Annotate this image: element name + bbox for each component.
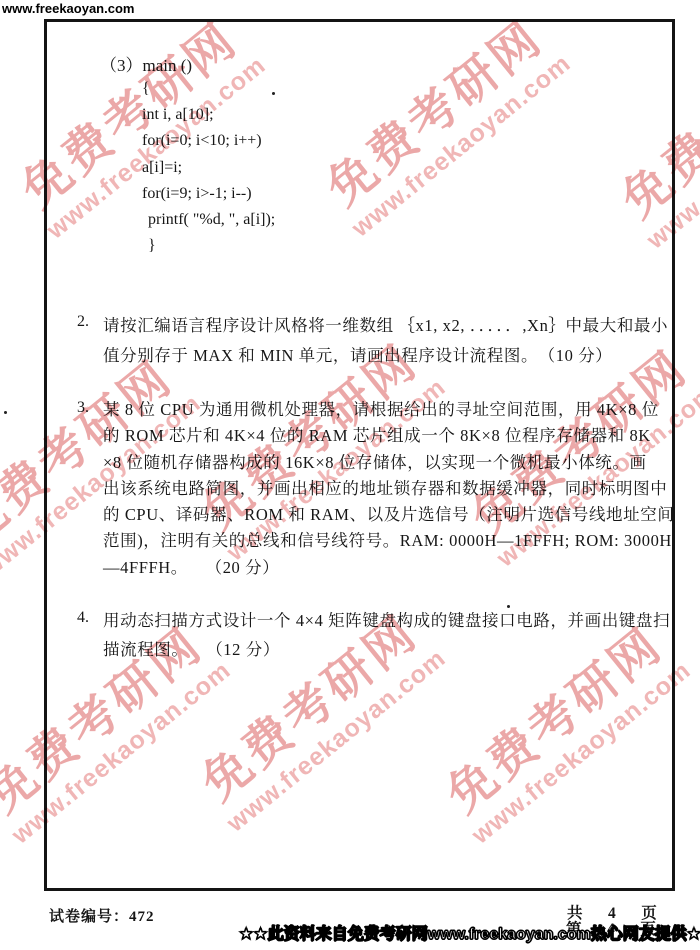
code-line: for(i=9; i>-1; i--) [142, 181, 275, 207]
question-text-line: 值分别存于 MAX 和 MIN 单元，请画出程序设计流程图。 （10 分） [103, 341, 673, 371]
question-number: 2. [77, 313, 89, 331]
scan-speck [4, 411, 7, 414]
scan-speck [507, 605, 510, 608]
code-line: int i, a[10]; [142, 102, 275, 128]
question-text-line: 的 CPU、译码器、ROM 和 RAM、以及片选信号（注明片选信号线地址空间 [103, 502, 673, 528]
source-banner: ★★此资料来自免费考研网www.freekaoyan.com热心网友提供★★ [239, 924, 700, 946]
question-text-line: —4FFFH。 （20 分） [103, 555, 673, 581]
question-text-line: 的 ROM 芯片和 4K×4 位的 RAM 芯片组成一个 8K×8 位程序存储器… [103, 423, 673, 449]
site-url-header: www.freekaoyan.com [2, 1, 134, 16]
question-text-line: 某 8 位 CPU 为通用微机处理器，请根据给出的寻址空间范围，用 4K×8 位 [103, 397, 673, 423]
code-line: } [142, 233, 275, 259]
question-text-line: 出该系统电路简图，并画出相应的地址锁存器和数据缓冲器，同时标明图中 [103, 476, 673, 502]
question-text-line: 用动态扫描方式设计一个 4×4 矩阵键盘构成的键盘接口电路，并画出键盘扫 [103, 607, 673, 636]
code-line: a[i]=i; [142, 155, 275, 181]
code-line: { [142, 76, 275, 102]
code-block: { int i, a[10]; for(i=0; i<10; i++) a[i]… [142, 76, 275, 259]
code-line: for(i=0; i<10; i++) [142, 128, 275, 154]
question-number: 4. [77, 609, 89, 627]
code-line: printf( "%d, ", a[i]); [142, 207, 275, 233]
question-text-line: ×8 位随机存储器构成的 16K×8 位存储体，以实现一个微机最小体统。画 [103, 450, 673, 476]
paper-number: 试卷编号：472 [49, 905, 155, 926]
code-item-label: （3）main () [100, 51, 192, 76]
question-text-line: 描流程图。 （12 分） [103, 636, 673, 665]
question-number: 3. [77, 399, 89, 417]
question-text-line: 范围)，注明有关的总线和信号线符号。RAM: 0000H—1FFFH; ROM:… [103, 528, 673, 554]
question-text-line: 请按汇编语言程序设计风格将一维数组 ｛x1, x2, ．．．．．,Xn｝中最大和… [103, 311, 673, 341]
scan-speck [272, 92, 275, 95]
